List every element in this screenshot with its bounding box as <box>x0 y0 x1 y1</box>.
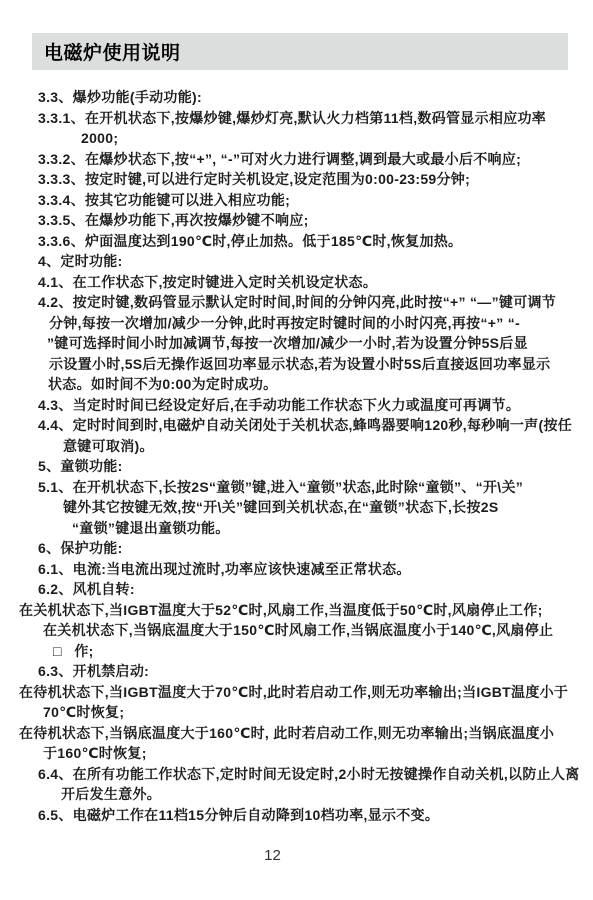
manual-page: 电磁炉使用说明 3.3、爆炒功能(手动功能):3.3.1、在开机状态下,按爆炒键… <box>0 0 593 900</box>
text-line: ”键可选择时间小时加减调节,每按一次增加/减少一小时,若为设置分钟5S后显 <box>0 333 593 354</box>
text-line: 6.5、电磁炉工作在11档15分钟后自动降到10档功率,显示不变。 <box>0 805 593 826</box>
text-line: □ 作; <box>0 641 593 662</box>
page-number: 12 <box>264 847 281 864</box>
text-line: 3.3.6、炉面温度达到190℃时,停止加热。低于185℃时,恢复加热。 <box>0 231 593 252</box>
text-line: 3.3、爆炒功能(手动功能): <box>0 87 593 108</box>
text-line: 意键可取消)。 <box>0 436 593 457</box>
text-line: 6.3、开机禁启动: <box>0 661 593 682</box>
text-line: 在关机状态下,当锅底温度大于150℃时风扇工作,当锅底温度小于140℃,风扇停止 <box>0 620 593 641</box>
text-line: 6.2、风机自转: <box>0 579 593 600</box>
text-line: 在待机状态下,当IGBT温度大于70℃时,此时若启动工作,则无功率输出;当IGB… <box>0 682 593 703</box>
text-line: 于160℃时恢复; <box>0 743 593 764</box>
text-line: 状态。如时间不为0:00为定时成功。 <box>0 374 593 395</box>
text-line: 70℃时恢复; <box>0 702 593 723</box>
text-line: 3.3.1、在开机状态下,按爆炒键,爆炒灯亮,默认火力档第11档,数码管显示相应… <box>0 108 593 129</box>
text-line: 3.3.2、在爆炒状态下,按“+”, “-”可对火力进行调整,调到最大或最小后不… <box>0 149 593 170</box>
text-line: 4、定时功能: <box>0 251 593 272</box>
text-line: 3.3.3、按定时键,可以进行定时关机设定,设定范围为0:00-23:59分钟; <box>0 169 593 190</box>
text-line: 5、童锁功能: <box>0 456 593 477</box>
text-line: 6、保护功能: <box>0 538 593 559</box>
text-line: 在待机状态下,当锅底温度大于160℃时, 此时若启动工作,则无功率输出;当锅底温… <box>0 723 593 744</box>
text-line: 3.3.5、在爆炒功能下,再次按爆炒键不响应; <box>0 210 593 231</box>
text-line: 2000; <box>0 128 593 149</box>
section-header-title: 电磁炉使用说明 <box>32 38 181 65</box>
text-line: 4.3、当定时时间已经设定好后,在手动功能工作状态下火力或温度可再调节。 <box>0 395 593 416</box>
text-line: 在关机状态下,当IGBT温度大于52℃时,风扇工作,当温度低于50℃时,风扇停止… <box>0 600 593 621</box>
text-line: 4.4、定时时间到时,电磁炉自动关闭处于关机状态,蜂鸣器要响120秒,每秒响一声… <box>0 415 593 436</box>
text-line: 6.1、电流:当电流出现过流时,功率应该快速减至正常状态。 <box>0 559 593 580</box>
text-line: “童锁”键退出童锁功能。 <box>0 518 593 539</box>
manual-content: 3.3、爆炒功能(手动功能):3.3.1、在开机状态下,按爆炒键,爆炒灯亮,默认… <box>0 87 593 825</box>
section-header: 电磁炉使用说明 <box>32 33 568 70</box>
text-line: 5.1、在开机状态下,长按2S“童锁”键,进入“童锁”状态,此时除“童锁”、“开… <box>0 477 593 498</box>
text-line: 键外其它按键无效,按“开\关”键回到关机状态,在“童锁”状态下,长按2S <box>0 497 593 518</box>
text-line: 示设置小时,5S后无操作返回功率显示状态,若为设置小时5S后直接返回功率显示 <box>0 354 593 375</box>
text-line: 分钟,每按一次增加/减少一分钟,此时再按定时键时间的小时闪亮,再按“+” “- <box>0 313 593 334</box>
page-footer: 12 <box>0 847 545 865</box>
text-line: 开后发生意外。 <box>0 784 593 805</box>
text-line: 4.2、按定时键,数码管显示默认定时时间,时间的分钟闪亮,此时按“+” “—”键… <box>0 292 593 313</box>
text-line: 4.1、在工作状态下,按定时键进入定时关机设定状态。 <box>0 272 593 293</box>
text-line: 3.3.4、按其它功能键可以进入相应功能; <box>0 190 593 211</box>
text-line: 6.4、在所有功能工作状态下,定时时间无设定时,2小时无按键操作自动关机,以防止… <box>0 764 593 785</box>
